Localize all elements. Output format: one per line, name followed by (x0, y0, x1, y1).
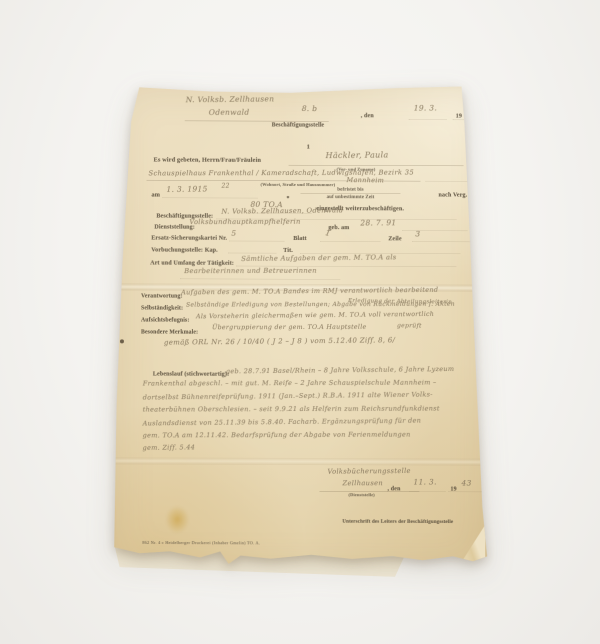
hw-day-month: 19. 3. (414, 104, 437, 112)
document-paper: N. Volksb. Zellhausen Odenwald Beschäfti… (109, 81, 495, 576)
sig-date-underline (409, 491, 445, 492)
hw-duties-2: Bearbeiterinnen und Betreuerinnen (184, 268, 317, 275)
hw-office-line2: Odenwald (209, 109, 250, 117)
hw-address-no: 22 (221, 183, 229, 189)
hw-sig-office-2: Zellhausen (342, 480, 383, 487)
card-underline (229, 241, 284, 242)
hw-city: Mannheim (346, 177, 384, 184)
sheet-label: Blatt (293, 235, 306, 241)
title-label: Tit. (283, 247, 293, 253)
special-label: Besondere Merkmale: (141, 329, 198, 335)
sig-year-underline (448, 492, 490, 493)
hw-office-line1: N. Volksb. Zellhausen (186, 95, 275, 103)
booking-underline (228, 253, 276, 254)
option-limited: befristet bis (300, 187, 400, 194)
am-label: am (151, 191, 160, 197)
hw-independence: Selbständige Erledigung von Bestellungen… (186, 301, 455, 308)
independence-label: Selbständigkeit: (141, 305, 183, 311)
hw-sig-office-1: Volksbücherungsstelle (327, 468, 410, 476)
hw-responsibility: Aufgaben des gem. M. TO.A Bandes im RMJ … (181, 287, 438, 296)
duties-underline-2 (180, 279, 340, 280)
hw-supervision-2: geprüft (397, 322, 422, 328)
born-underline (402, 230, 467, 231)
hw-sig-day-month: 11. 3. (413, 478, 436, 486)
year-underline (453, 120, 486, 121)
line-underline (412, 241, 472, 242)
cv-line: gem. Ziff. 5.44 (143, 444, 196, 451)
supervision-label: Aufsichtsbefugnis: (141, 317, 189, 323)
printer-imprint: 862 Nr. 4 c Heidelberger Druckerei (Inha… (142, 540, 260, 545)
form-content: N. Volksb. Zellhausen Odenwald Beschäfti… (109, 81, 495, 576)
document-paper-wrap: N. Volksb. Zellhausen Odenwald Beschäfti… (109, 81, 495, 576)
page-marker: 1 (307, 143, 310, 150)
hw-file-ref: 8. b (302, 105, 318, 113)
request-label: Es wird gebeten, Herrn/Frau/Fräulein (154, 156, 261, 163)
cv-line: dortselbst Bühnenreifeprüfung. 1911 (Jan… (143, 391, 433, 401)
hw-sheet: 1 (325, 229, 332, 238)
den-label: , den (361, 112, 374, 118)
hw-reference: gemäß ORL Nr. 26 / 10/40 ( J 2 – J 8 ) v… (164, 337, 395, 346)
cv-line: geb. 28.7.91 Basel/Rhein – 8 Jahre Volks… (226, 366, 455, 375)
duration-options: befristet bis auf unbestimmte Zeit (300, 187, 400, 200)
hw-date-from: 1. 3. 1915 (166, 185, 207, 193)
hw-sig-year: 43 (461, 480, 471, 488)
hw-name: Häckler, Paula (326, 151, 389, 160)
cv-line: Frankenthal abgeschl. – mit gut. M. Reif… (143, 379, 437, 387)
hw-born: 28. 7. 91 (360, 219, 396, 227)
sheet-underline (320, 241, 380, 242)
line-label: Zeile (388, 235, 401, 241)
cv-line: gem. TO.A am 12.11.42. Bedarfsprüfung de… (143, 431, 411, 438)
date-underline (409, 119, 447, 120)
hw-line: 3 (415, 230, 420, 238)
cv-line: Auslandsdienst von 25.11.39 bis 5.8.40. … (143, 417, 422, 426)
cv-label: Lebenslauf (stichwortartig): (153, 370, 229, 376)
hw-card-no: 5 (231, 230, 236, 238)
signature-caption: Unterschrift des Leiters der Beschäftigu… (342, 519, 453, 524)
hw-supervision: Als Vorsteherin gleichermaßen wie gem. M… (196, 311, 434, 320)
address-underline-tail (426, 181, 484, 182)
pay-group-label: nach Verg. Gr. (438, 191, 477, 197)
photo-background: N. Volksb. Zellhausen Odenwald Beschäfti… (0, 0, 600, 644)
office-label: Beschäftigungsstelle (272, 122, 325, 128)
hw-employment-office: N. Volksb. Zellhausen, Odenwald (221, 207, 343, 215)
responsibility-label: Verantwortung: (141, 293, 183, 299)
option-unlimited: auf unbestimmte Zeit (300, 194, 400, 199)
booking-label: Vorbuchungsstelle: Kap. (151, 246, 218, 252)
hw-position: Volksbundhauptkampfhelferin (189, 219, 300, 226)
hw-duties-1: Sämtliche Aufgaben der gem. M. TO.A als (241, 254, 396, 262)
year-prefix: 19 (456, 113, 462, 119)
date-from-underline (162, 198, 257, 199)
duties-label: Art und Umfang der Tätigkeit: (150, 259, 234, 265)
sig-den-label: , den (387, 485, 400, 491)
card-label: Ersatz-Sicherungskartei Nr. (151, 234, 227, 240)
sig-office-caption: (Dienststelle) (348, 493, 374, 498)
hw-year: 42 (467, 106, 477, 114)
cv-line: theaterbühnen Oberschlesien. – seit 9.9.… (143, 405, 440, 413)
name-underline (289, 165, 464, 166)
asterisk-mark: * (286, 195, 289, 201)
hw-special: Übergruppierung der gem. TO.A Hauptstell… (212, 324, 367, 331)
